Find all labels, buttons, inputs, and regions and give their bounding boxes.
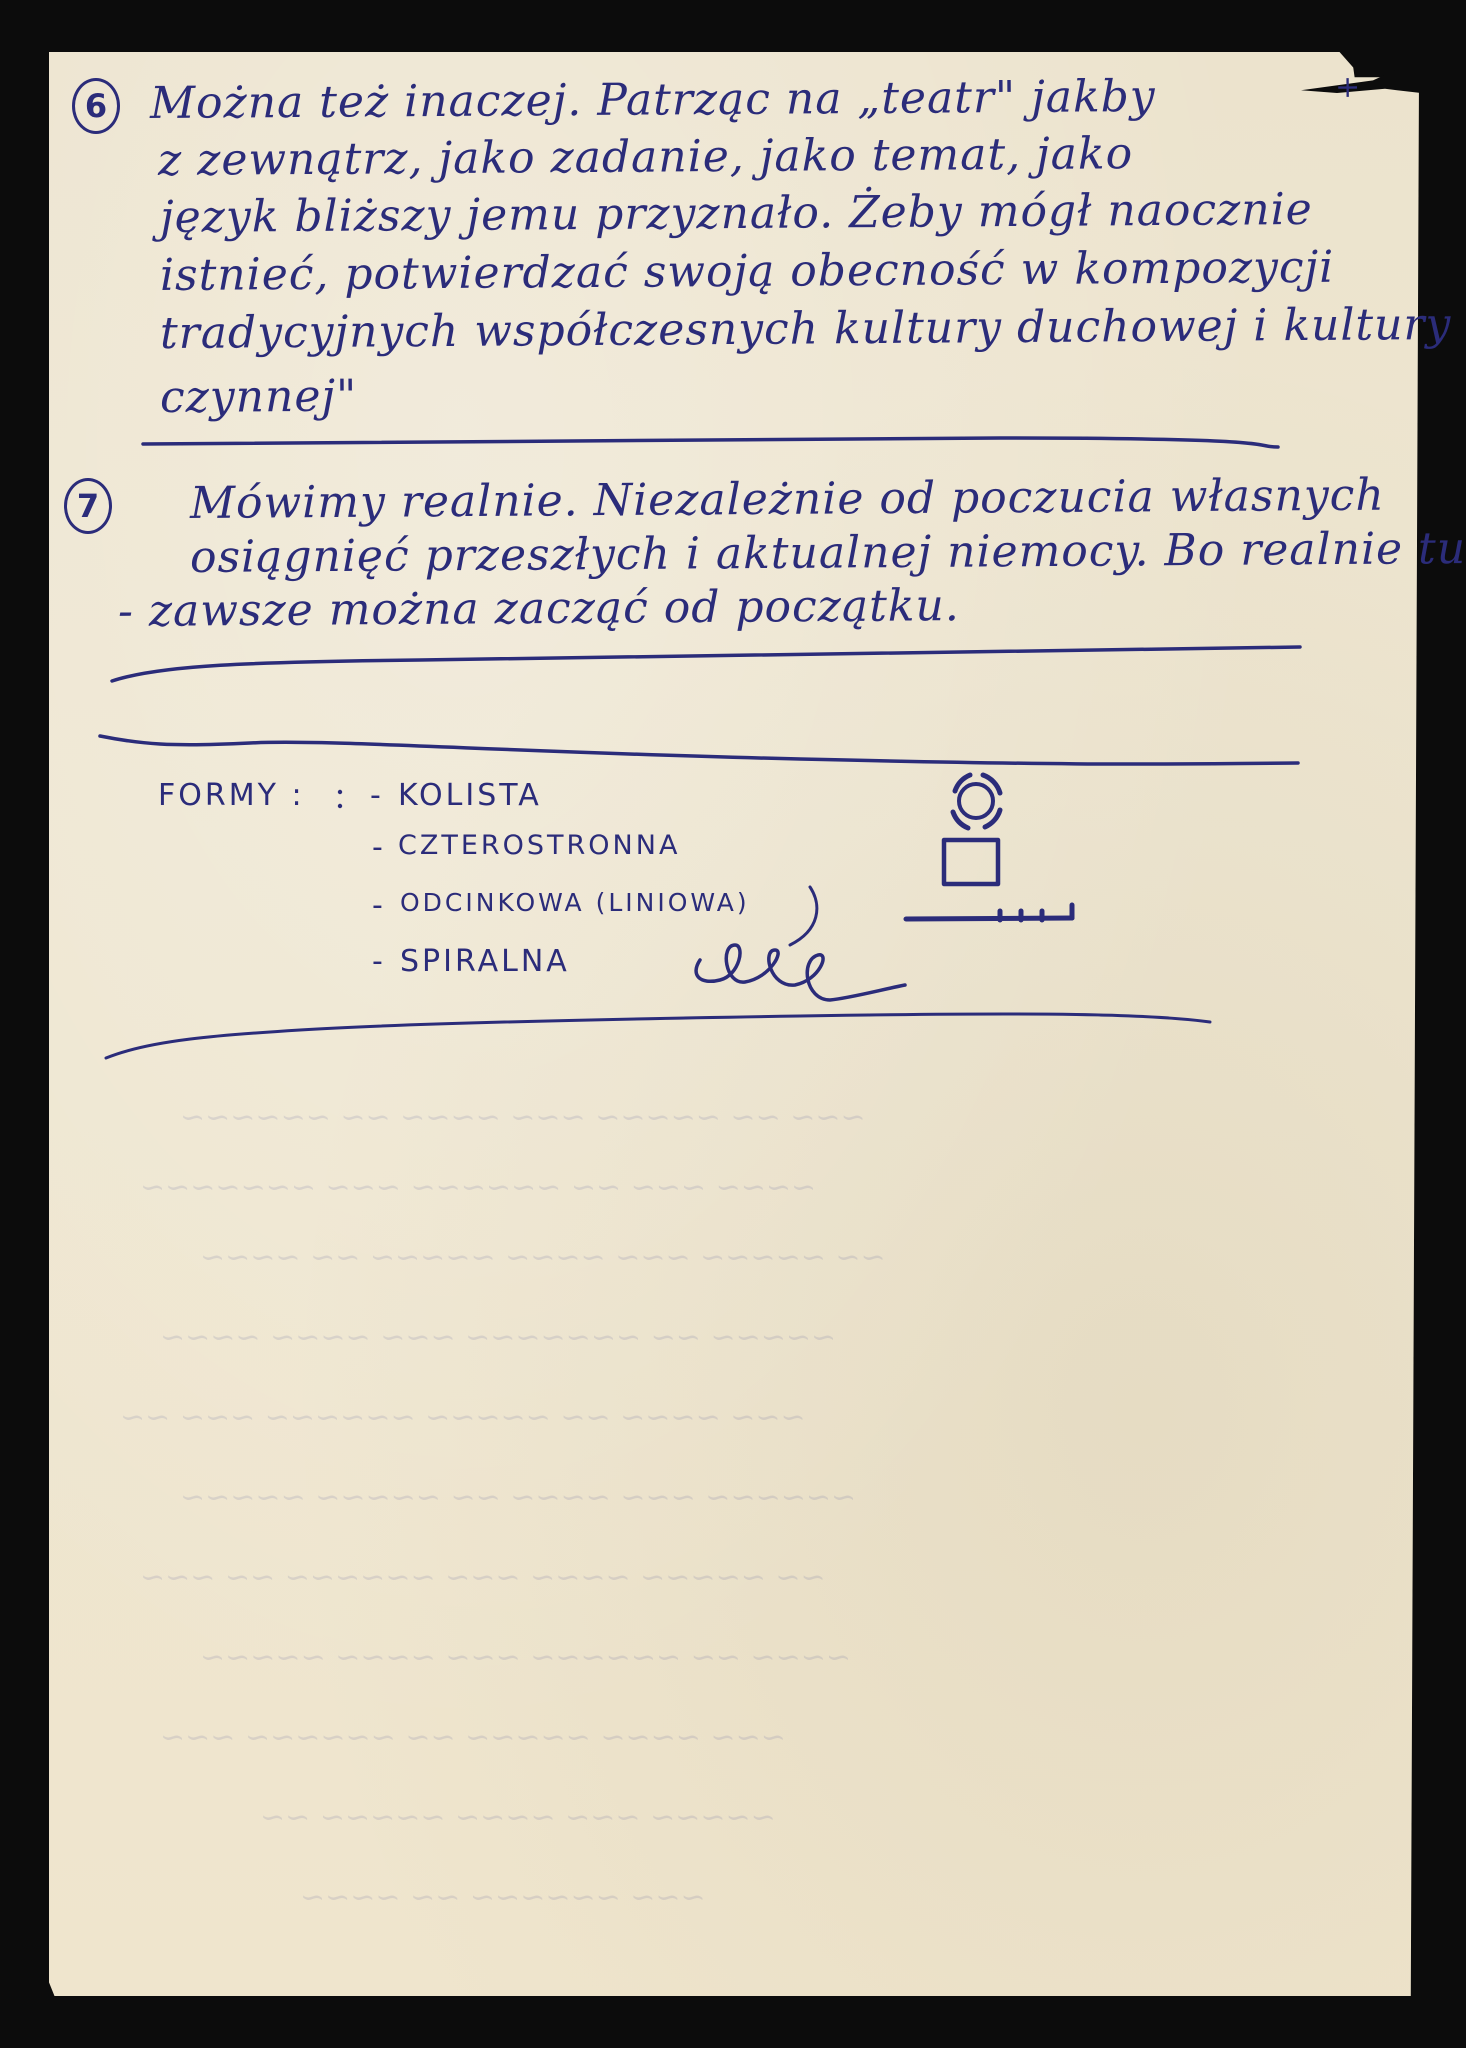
text-line: czynnej"	[160, 371, 358, 423]
form-label: ODCINKOWA (LINIOWA)	[400, 888, 750, 917]
form-label: KOLISTA	[398, 778, 542, 813]
section-number-6: 6	[72, 78, 120, 134]
text-line: - zawsze można zacząć od początku.	[118, 580, 960, 637]
section-number-7: 7	[64, 478, 112, 534]
form-label: CZTEROSTRONNA	[398, 830, 680, 861]
text-line: osiągnięć przeszłych i aktualnej niemocy…	[190, 523, 1466, 583]
margin-plus-mark: +	[1335, 70, 1361, 105]
text-line: Mówimy realnie. Niezależnie od poczucia …	[190, 470, 1385, 529]
form-bullet: -	[370, 778, 384, 813]
text-line: istnieć, potwierdzać swoją obecność w ko…	[160, 242, 1335, 301]
form-bullet: -	[372, 830, 386, 865]
text-line: tradycyjnych współczesnych kultury ducho…	[160, 299, 1452, 359]
form-bullet: -	[372, 944, 386, 979]
form-label: SPIRALNA	[400, 944, 570, 979]
forms-heading: FORMY :	[158, 778, 305, 813]
text-line: Można też inaczej. Patrząc na „teatr" ja…	[150, 71, 1156, 129]
form-bullet: -	[372, 888, 386, 923]
text-line: z zewnątrz, jako zadanie, jako temat, ja…	[158, 128, 1133, 186]
text-line: język bliższy jemu przyznało. Żeby mógł …	[160, 184, 1313, 243]
